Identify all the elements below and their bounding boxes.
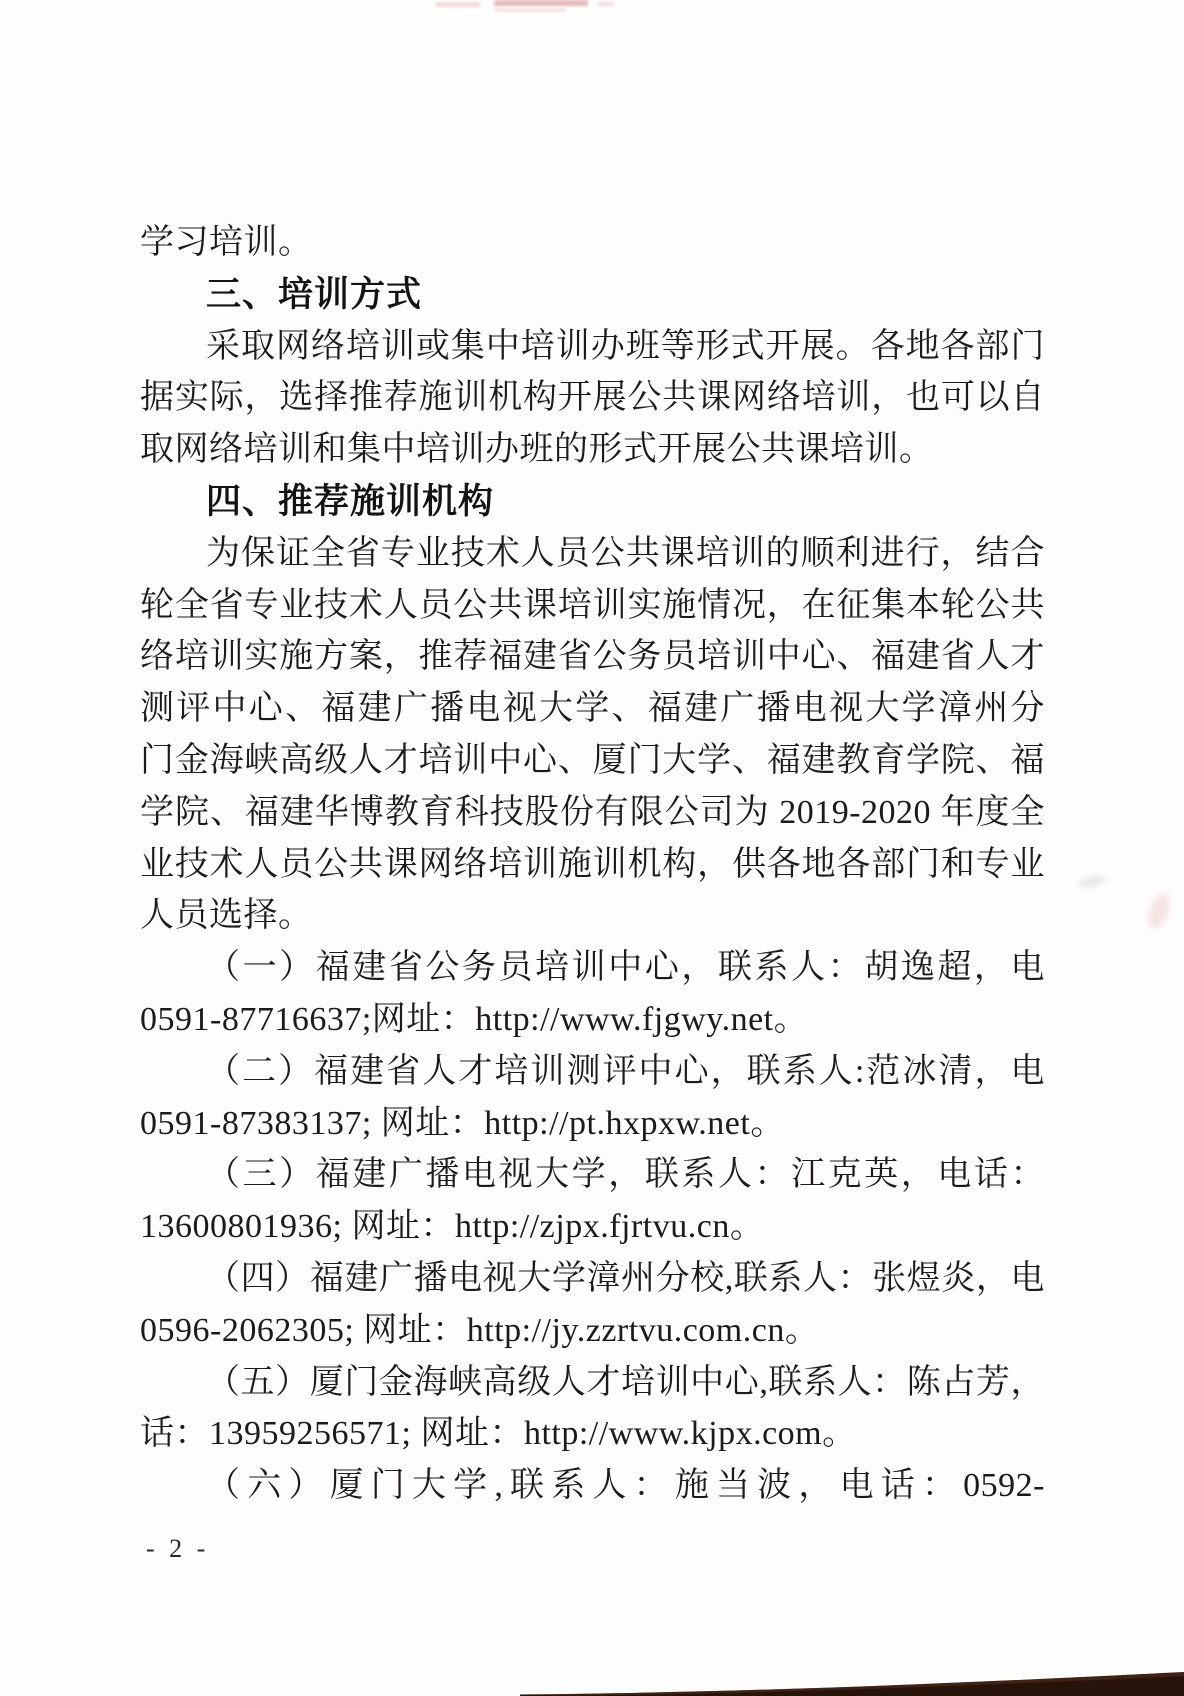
scanned-document-page: 学习培训。 三、培训方式 采取网络培训或集中培训办班等形式开展。各地各部门可根 … [0, 0, 1184, 1696]
institution-contact-line-2-url: 0591-87383137; 网址：http://pt.hxpxw.net。 [140, 1098, 1045, 1150]
red-letterhead-remnant [598, 2, 614, 6]
heading-recommended-institutions: 四、推荐施训机构 [140, 476, 1045, 528]
red-letterhead-remnant [494, 8, 566, 12]
institution-contact-line-6: （六）厦门大学,联系人：施当波，电话：0592-2181956; [140, 1460, 1045, 1512]
paragraph-tail-line: 学习培训。 [140, 217, 1045, 269]
paragraph-line: 取网络培训和集中培训办班的形式开展公共课培训。 [140, 424, 1045, 476]
red-letterhead-remnant [494, 0, 588, 6]
red-letterhead-remnant [436, 2, 480, 7]
paragraph-line: 据实际，选择推荐施训机构开展公共课网络培训，也可以自行采 [140, 372, 1045, 424]
paragraph-line: 学院、福建华博教育科技股份有限公司为 2019-2020 年度全省专 [140, 787, 1045, 839]
paragraph-line: 业技术人员公共课网络培训施训机构，供各地各部门和专业技术 [140, 839, 1045, 891]
paragraph-line: 轮全省专业技术人员公共课培训实施情况，在征集本轮公共课网 [140, 580, 1045, 632]
scan-bottom-edge-shadow [0, 1670, 1184, 1696]
institution-contact-line-5-url: 话：13959256571; 网址：http://www.kjpx.com。 [140, 1408, 1045, 1460]
paragraph-line: 人员选择。 [140, 890, 1045, 942]
institution-contact-line-4-url: 0596-2062305; 网址：http://jy.zzrtvu.com.cn… [140, 1305, 1045, 1357]
paragraph-line: 为保证全省专业技术人员公共课培训的顺利进行，结合上一 [140, 528, 1045, 580]
document-body: 学习培训。 三、培训方式 采取网络培训或集中培训办班等形式开展。各地各部门可根 … [140, 217, 1045, 1512]
paragraph-line: 采取网络培训或集中培训办班等形式开展。各地各部门可根 [140, 321, 1045, 373]
institution-contact-line-3-url: 13600801936; 网址：http://zjpx.fjrtvu.cn。 [140, 1201, 1045, 1253]
institution-contact-line-3: （三）福建广播电视大学，联系人：江克英，电话： [140, 1149, 1045, 1201]
institution-contact-line-4: （四）福建广播电视大学漳州分校,联系人：张煜炎，电话: [140, 1253, 1045, 1305]
institution-contact-line-2: （二）福建省人才培训测评中心，联系人:范冰清，电话: [140, 1046, 1045, 1098]
heading-training-method: 三、培训方式 [140, 269, 1045, 321]
scan-smudge [1077, 873, 1107, 890]
institution-contact-line-1-url: 0591-87716637;网址：http://www.fjgwy.net。 [140, 994, 1045, 1046]
institution-contact-line-1: （一）福建省公务员培训中心，联系人：胡逸超，电话： [140, 942, 1045, 994]
paragraph-line: 测评中心、福建广播电视大学、福建广播电视大学漳州分校、厦 [140, 683, 1045, 735]
scan-smudge [1144, 891, 1173, 931]
institution-contact-line-5: （五）厦门金海峡高级人才培训中心,联系人：陈占芳，电 [140, 1357, 1045, 1409]
page-number: - 2 - [146, 1534, 209, 1564]
paragraph-line: 门金海峡高级人才培训中心、厦门大学、福建教育学院、福建商 [140, 735, 1045, 787]
paragraph-line: 络培训实施方案，推荐福建省公务员培训中心、福建省人才培训 [140, 631, 1045, 683]
